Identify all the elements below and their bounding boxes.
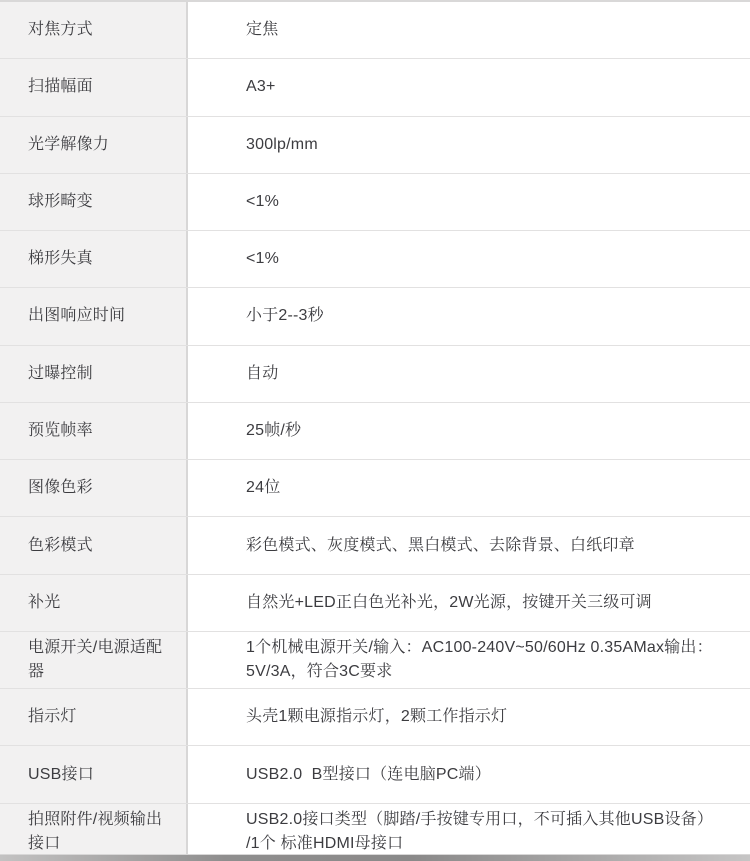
table-row: 电源开关/电源适配器 1个机械电源开关/输入：AC100-240V~50/60H…	[0, 632, 750, 689]
next-section-top-edge	[0, 854, 750, 861]
spec-value: 定焦	[188, 2, 750, 58]
spec-label: 光学解像力	[0, 117, 188, 173]
table-row: 扫描幅面 A3+	[0, 59, 750, 116]
table-row: 图像色彩 24位	[0, 460, 750, 517]
spec-label: 扫描幅面	[0, 59, 188, 115]
table-row: 色彩模式 彩色模式、灰度模式、黑白模式、去除背景、白纸印章	[0, 517, 750, 574]
spec-value: 300lp/mm	[188, 117, 750, 173]
table-row: 出图响应时间 小于2--3秒	[0, 288, 750, 345]
spec-label: 补光	[0, 575, 188, 631]
spec-value: <1%	[188, 174, 750, 230]
spec-label: 图像色彩	[0, 460, 188, 516]
table-row: 球形畸变 <1%	[0, 174, 750, 231]
spec-value: 自动	[188, 346, 750, 402]
spec-value: A3+	[188, 59, 750, 115]
spec-value: <1%	[188, 231, 750, 287]
table-row: 补光 自然光+LED正白色光补光，2W光源，按键开关三级可调	[0, 575, 750, 632]
spec-value: 小于2--3秒	[188, 288, 750, 344]
table-row: 过曝控制 自动	[0, 346, 750, 403]
spec-value: USB2.0接口类型（脚踏/手按键专用口，不可插入其他USB设备） /1个 标准…	[188, 804, 750, 860]
spec-value: 24位	[188, 460, 750, 516]
spec-value: 1个机械电源开关/输入：AC100-240V~50/60Hz 0.35AMax输…	[188, 632, 750, 688]
spec-value: 头壳1颗电源指示灯，2颗工作指示灯	[188, 689, 750, 745]
spec-label: 梯形失真	[0, 231, 188, 287]
spec-value: USB2.0 B型接口（连电脑PC端）	[188, 746, 750, 802]
spec-value: 彩色模式、灰度模式、黑白模式、去除背景、白纸印章	[188, 517, 750, 573]
spec-label: 过曝控制	[0, 346, 188, 402]
spec-label: USB接口	[0, 746, 188, 802]
table-row: 拍照附件/视频输出 接口 USB2.0接口类型（脚踏/手按键专用口，不可插入其他…	[0, 804, 750, 861]
table-row: 对焦方式 定焦	[0, 2, 750, 59]
spec-label: 色彩模式	[0, 517, 188, 573]
table-row: 光学解像力 300lp/mm	[0, 117, 750, 174]
spec-label: 预览帧率	[0, 403, 188, 459]
table-row: USB接口 USB2.0 B型接口（连电脑PC端）	[0, 746, 750, 803]
spec-value: 25帧/秒	[188, 403, 750, 459]
spec-label: 出图响应时间	[0, 288, 188, 344]
table-row: 预览帧率 25帧/秒	[0, 403, 750, 460]
spec-table: 对焦方式 定焦 扫描幅面 A3+ 光学解像力 300lp/mm 球形畸变 <1%…	[0, 2, 750, 861]
table-row: 指示灯 头壳1颗电源指示灯，2颗工作指示灯	[0, 689, 750, 746]
spec-label: 球形畸变	[0, 174, 188, 230]
spec-label: 指示灯	[0, 689, 188, 745]
spec-label: 电源开关/电源适配器	[0, 632, 188, 688]
product-spec-page: 对焦方式 定焦 扫描幅面 A3+ 光学解像力 300lp/mm 球形畸变 <1%…	[0, 0, 750, 861]
spec-value: 自然光+LED正白色光补光，2W光源，按键开关三级可调	[188, 575, 750, 631]
spec-label: 拍照附件/视频输出 接口	[0, 804, 188, 860]
table-row: 梯形失真 <1%	[0, 231, 750, 288]
spec-label: 对焦方式	[0, 2, 188, 58]
